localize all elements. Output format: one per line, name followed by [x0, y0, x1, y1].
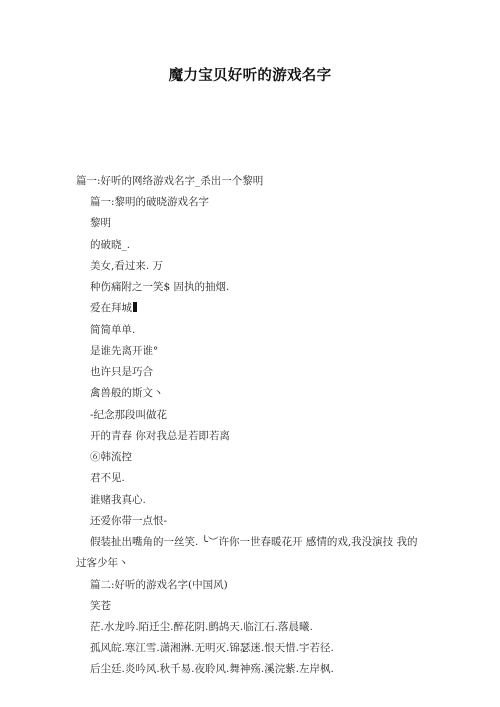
text-line-content: 是谁先离开谁° — [90, 345, 158, 357]
text-line: 禽兽般的斯文丶 — [90, 386, 164, 400]
text-line-content: 谁赌我真心. — [90, 494, 146, 506]
text-line-content: -纪念那段叫做花 — [90, 409, 167, 421]
text-line-content: 笑苍 — [90, 600, 111, 612]
text-line: 过客少年丶 — [76, 556, 129, 570]
text-line: 假装扯出嘴角的一丝笑. ╰︶许你一世春暖花开 感情的戏,我没演技 我的 — [90, 535, 418, 549]
text-line-content: 开的青春 你对我总是若即若离 — [90, 430, 230, 442]
block-glyph-icon — [133, 302, 137, 312]
text-line-content: 过客少年丶 — [76, 557, 129, 569]
text-line: 也许只是巧合 — [90, 365, 153, 379]
text-line-content: 篇一:好听的网络游戏名字_杀出一个黎明 — [76, 175, 263, 187]
text-line: 是谁先离开谁° — [90, 344, 158, 358]
text-line-content: 种伤痛附之一笑$ 固执的抽烟. — [90, 281, 229, 293]
text-line-content: 爱在拜城 — [90, 302, 132, 314]
text-line-content: 篇一:黎明的破晓游戏名字 — [90, 196, 209, 208]
text-line-content: 也许只是巧合 — [90, 366, 153, 378]
text-line: 茫.水龙吟.陌迁尘.醉花阴.鹧鸪天.临江石.落晨曦. — [90, 620, 313, 634]
text-line-content: 还爱你带一点恨- — [90, 515, 167, 527]
text-line: 后尘廷.炎吟风.秋千易.夜聆风.舞神殇.溪浣紫.左岸枫. — [90, 662, 334, 676]
text-line: 黎明 — [90, 216, 111, 230]
document-title: 魔力宝贝好听的游戏名字 — [0, 64, 500, 85]
text-line: -纪念那段叫做花 — [90, 408, 167, 422]
text-line-content: 禽兽般的斯文丶 — [90, 387, 164, 399]
text-line-content: ⑥韩流控 — [90, 451, 132, 463]
text-line: 美女,看过来. 万 — [90, 259, 163, 273]
text-line-content: 君不见. — [90, 472, 125, 484]
text-line: ⑥韩流控 — [90, 450, 132, 464]
text-line-content: 后尘廷.炎吟风.秋千易.夜聆风.舞神殇.溪浣紫.左岸枫. — [90, 663, 334, 675]
text-line: 孤风皖.寒江雪.潇湘淋.无明灭.锦瑟迷.恨天惜.宇若径. — [90, 641, 334, 655]
text-line-content: 的破晓_. — [90, 239, 130, 251]
text-line: 君不见. — [90, 471, 125, 485]
text-line: 篇一:黎明的破晓游戏名字 — [90, 195, 209, 209]
text-line: 的破晓_. — [90, 238, 130, 252]
text-line-content: 黎明 — [90, 217, 111, 229]
text-line-content: 茫.水龙吟.陌迁尘.醉花阴.鹧鸪天.临江石.落晨曦. — [90, 621, 313, 633]
text-line: 篇二:好听的游戏名字(中国风) — [90, 578, 228, 592]
text-line-content: 篇二:好听的游戏名字(中国风) — [90, 579, 228, 591]
text-line: 爱在拜城 — [90, 301, 137, 315]
text-line: 篇一:好听的网络游戏名字_杀出一个黎明 — [76, 174, 263, 188]
text-line: 开的青春 你对我总是若即若离 — [90, 429, 230, 443]
text-line: 种伤痛附之一笑$ 固执的抽烟. — [90, 280, 229, 294]
text-line-content: 孤风皖.寒江雪.潇湘淋.无明灭.锦瑟迷.恨天惜.宇若径. — [90, 642, 334, 654]
text-line: 简简单单. — [90, 323, 135, 337]
text-line: 谁赌我真心. — [90, 493, 146, 507]
text-line-content: 美女,看过来. 万 — [90, 260, 163, 272]
text-line: 笑苍 — [90, 599, 111, 613]
text-line-content: 简简单单. — [90, 324, 135, 336]
text-line-content: 假装扯出嘴角的一丝笑. ╰︶许你一世春暖花开 感情的戏,我没演技 我的 — [90, 536, 418, 548]
text-line: 还爱你带一点恨- — [90, 514, 167, 528]
